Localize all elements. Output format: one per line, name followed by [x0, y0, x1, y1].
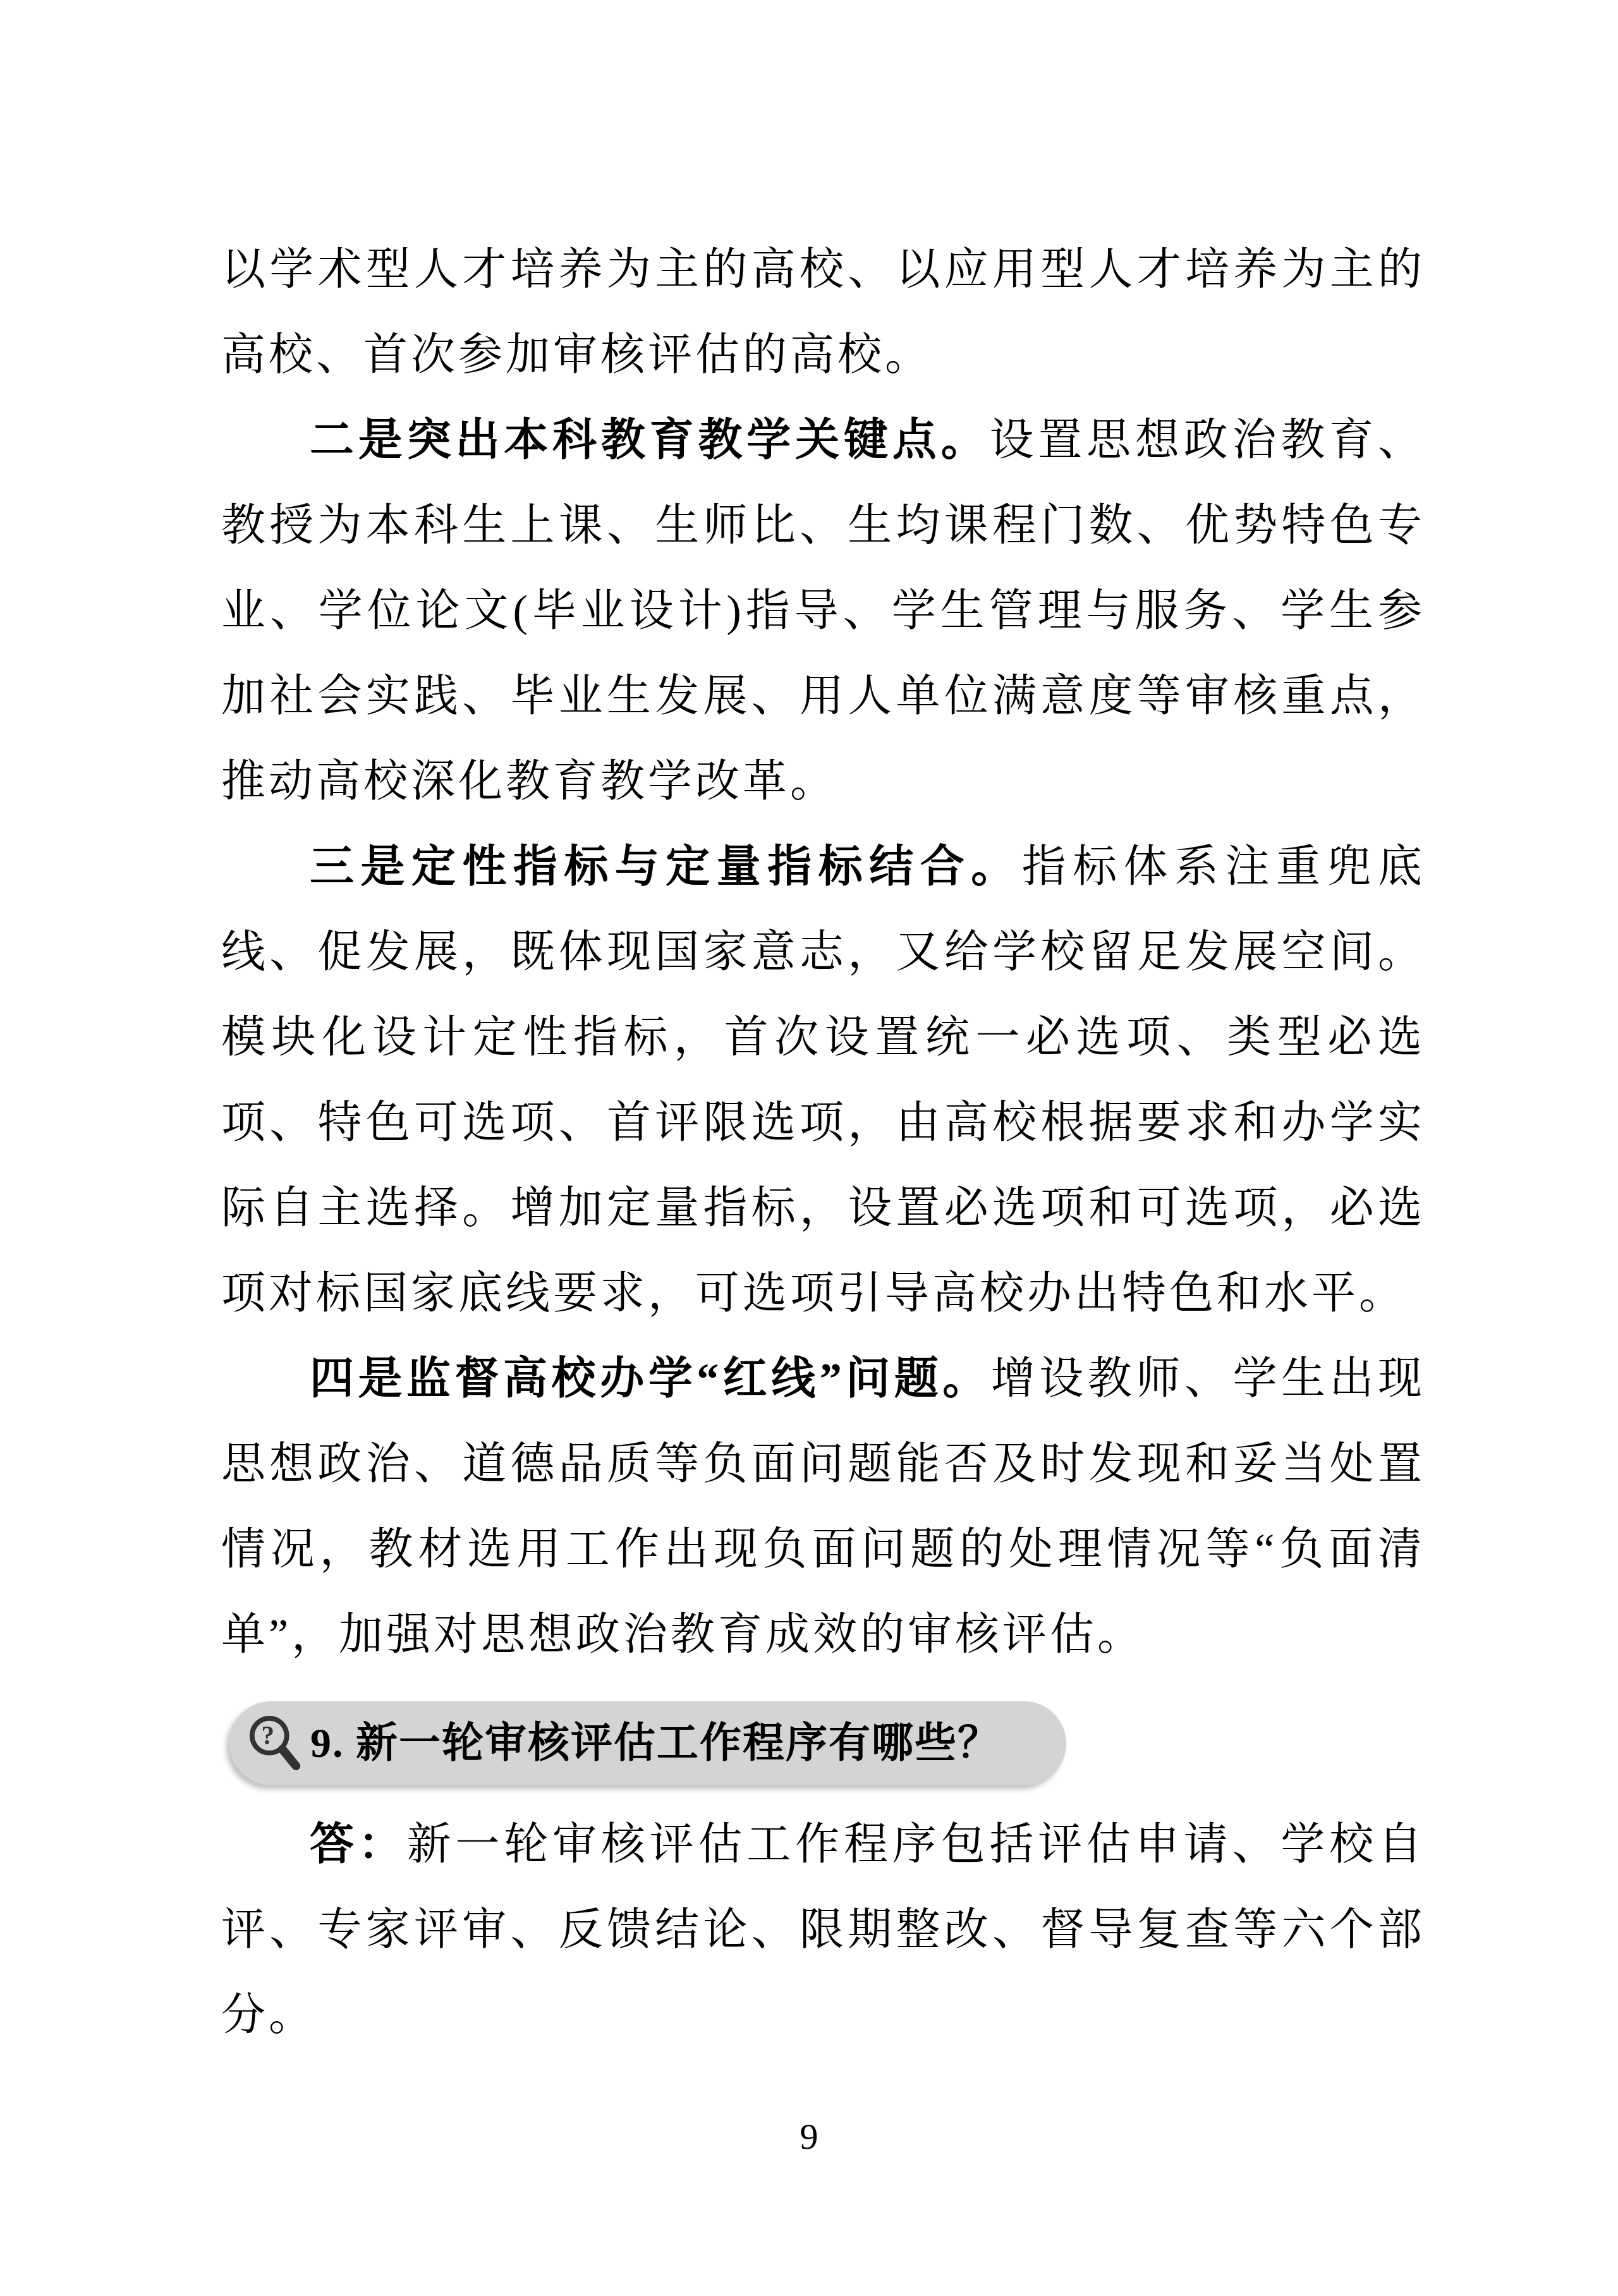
- svg-text:?: ?: [261, 1720, 277, 1749]
- paragraph-lead: 四是监督高校办学“红线”问题。: [310, 1355, 991, 1404]
- paragraph-point-3: 三是定性指标与定量指标结合。指标体系注重兜底线、促发展，既体现国家意志，又给学校…: [221, 825, 1425, 1337]
- answer-paragraph: 答：新一轮审核评估工作程序包括评估申请、学校自评、专家评审、反馈结论、限期整改、…: [221, 1802, 1425, 2058]
- question-label: 9. 新一轮审核评估工作程序有哪些？: [310, 1723, 1001, 1765]
- paragraph-text: 指标体系注重兜底线、促发展，既体现国家意志，又给学校留足发展空间。模块化设计定性…: [221, 843, 1425, 1318]
- paragraph-text: 设置思想政治教育、教授为本科生上课、生师比、生均课程门数、优势特色专业、学位论文…: [221, 416, 1425, 806]
- answer-lead: 答：: [310, 1821, 407, 1869]
- text-block: 以学术型人才培养为主的高校、以应用型人才培养为主的高校、首次参加审核评估的高校。…: [221, 228, 1425, 2058]
- page-number: 9: [0, 2118, 1618, 2155]
- paragraph-point-2: 二是突出本科教育教学关键点。设置思想政治教育、教授为本科生上课、生师比、生均课程…: [221, 398, 1425, 825]
- paragraph-lead: 三是定性指标与定量指标结合。: [310, 843, 1022, 892]
- document-page: 以学术型人才培养为主的高校、以应用型人才培养为主的高校、首次参加审核评估的高校。…: [0, 0, 1618, 2296]
- paragraph-text: 以学术型人才培养为主的高校、以应用型人才培养为主的高校、首次参加审核评估的高校。: [221, 246, 1425, 380]
- paragraph-point-4: 四是监督高校办学“红线”问题。增设教师、学生出现思想政治、道德品质等负面问题能否…: [221, 1337, 1425, 1678]
- question-9-highlight: ? 9. 新一轮审核评估工作程序有哪些？: [229, 1701, 1066, 1785]
- paragraph-continuation: 以学术型人才培养为主的高校、以应用型人才培养为主的高校、首次参加审核评估的高校。: [221, 228, 1425, 398]
- paragraph-lead: 二是突出本科教育教学关键点。: [310, 416, 989, 465]
- magnifier-question-icon: ?: [245, 1713, 307, 1775]
